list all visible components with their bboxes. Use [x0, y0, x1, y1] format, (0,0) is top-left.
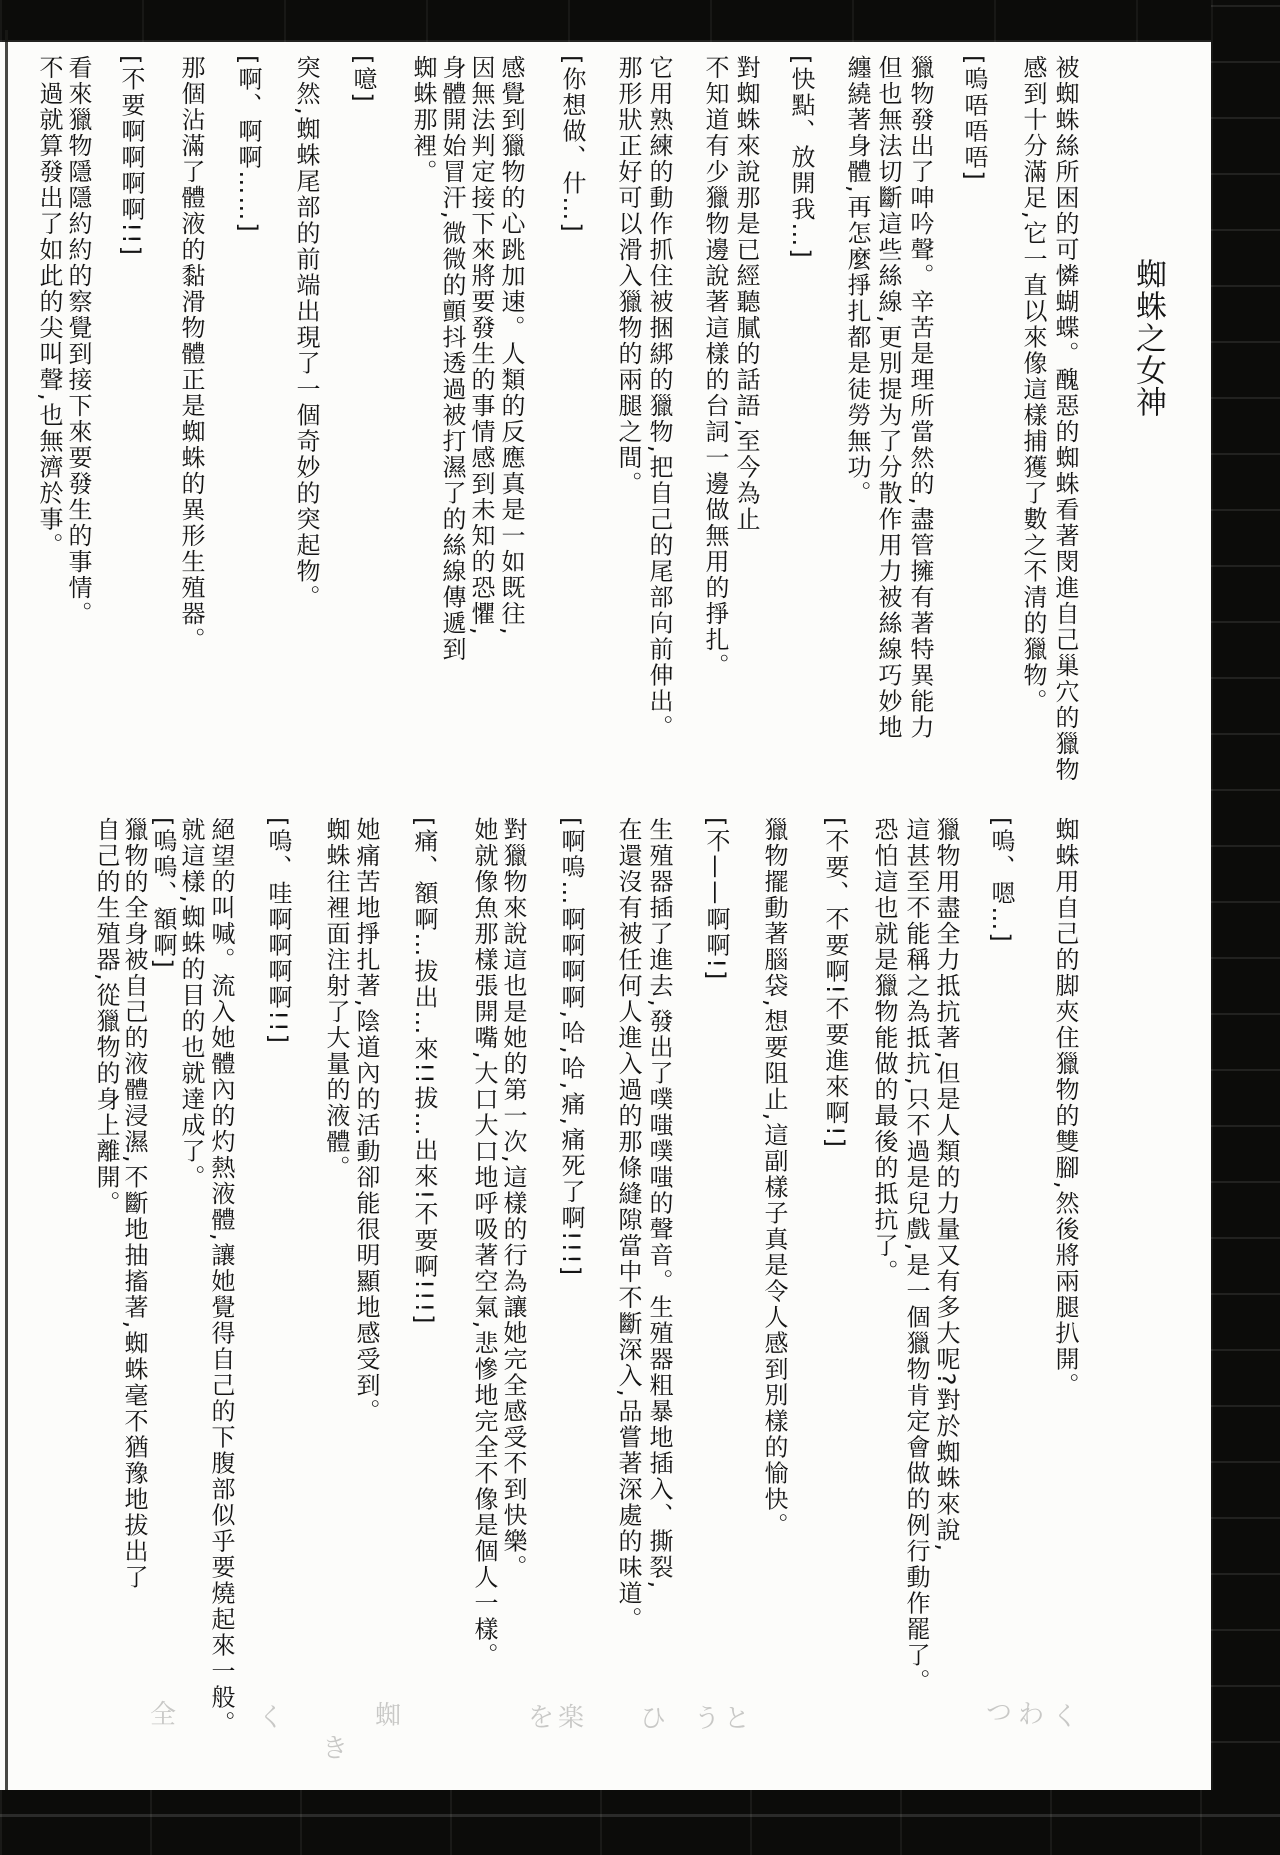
dialogue-column: [不要、不要啊!不要進來啊!]: [820, 817, 850, 1149]
brick-border-right: [1211, 0, 1280, 1855]
dialogue-column: [噫]: [348, 55, 378, 104]
dialogue-column: [啊嗚…啊啊啊啊,哈,哈,痛,痛死了啊!!!]: [556, 817, 586, 1277]
showthrough-fragment: と: [724, 1706, 750, 1732]
narration-column: 看來獵物隱隱約約的察覺到接下來要發生的事情。: [63, 55, 93, 627]
narration-column: 就這樣,蜘蛛的目的也就達成了。: [176, 817, 206, 1191]
dialogue-column: [你想做、什…]: [557, 55, 587, 234]
showthrough-fragment: う: [694, 1706, 720, 1732]
narration-column: 感覺到獵物的心跳加速。人類的反應真是一如既往,: [496, 55, 526, 637]
narration-column: 生殖器插了進去,發出了噗嗤噗嗤的聲音。生殖器粗暴地插入、撕裂,: [644, 817, 674, 1590]
showthrough-fragment: わ: [1018, 1702, 1044, 1728]
scanned-page: 蜘蛛之女神 被蜘蛛絲所困的可憐蝴蝶。醜惡的蜘蛛看著閔進自己巢穴的獵物感到十分滿足…: [0, 0, 1280, 1855]
narration-column: 恐怕這也就是獵物能做的最後的抵抗了。: [869, 817, 899, 1285]
showthrough-fragment: 全: [150, 1702, 176, 1728]
narration-column: 被蜘蛛絲所困的可憐蝴蝶。醜惡的蜘蛛看著閔進自己巢穴的獵物: [1050, 55, 1080, 783]
showthrough-fragment: く: [1052, 1704, 1078, 1730]
narration-column: 那個沾滿了體液的黏滑物體正是蜘蛛的異形生殖器。: [176, 55, 206, 653]
narration-column: 自己的生殖器,從獵物的身上離開。: [91, 817, 121, 1217]
narration-column: 對蜘蛛來說那是已經聽膩的話語,至今為止: [731, 55, 761, 533]
narration-column: 蜘蛛那裡。: [408, 55, 438, 185]
narration-column: 因無法判定接下來將要發生的事情感到未知的恐懼,: [466, 55, 496, 637]
showthrough-fragment: 楽: [558, 1705, 584, 1731]
narration-column: 突然,蜘蛛尾部的前端出現了一個奇妙的突起物。: [291, 55, 321, 611]
dialogue-column: [快點、放開我…]: [786, 55, 816, 260]
brick-border-bottom: [0, 1790, 1280, 1855]
dialogue-column: [嗚嗚、額啊]: [148, 817, 178, 970]
narration-column: 獵物用盡全力抵抗著,但是人類的力量又有多大呢?對於蜘蛛來說,: [931, 817, 961, 1553]
showthrough-fragment: ひ: [640, 1706, 666, 1732]
dialogue-column: [不要啊啊啊啊!!]: [116, 55, 146, 257]
narration-column: 在還沒有被任何人進入過的那條縫隙當中不斷深入,品嘗著深處的味道。: [613, 817, 643, 1633]
dialogue-column: [嗚、哇啊啊啊啊!!]: [263, 817, 293, 1045]
showthrough-fragment: き: [322, 1736, 348, 1762]
dialogue-column: [嗚唔唔唔]: [959, 55, 989, 182]
narration-column: 獵物的全身被自己的液體浸濕,不斷地抽搐著,蜘蛛毫不猶豫地拔出了: [119, 817, 149, 1590]
narration-column: 她痛苦地掙扎著,陰道內的活動卻能很明顯地感受到。: [351, 817, 381, 1425]
narration-column: 它用熟練的動作抓住被捆綁的獵物,把自己的尾部向前伸出。: [644, 55, 674, 741]
narration-column: 她就像魚那樣張開嘴,大口大口地呼吸著空氣,悲慘地完全不像是個人一樣。: [469, 817, 499, 1668]
narration-column: 蜘蛛用自己的脚夾住獵物的雙腳,然後將兩腿扒開。: [1050, 817, 1080, 1399]
narration-column: 對獵物來說這也是她的第一次,這樣的行為讓她完全感受不到快樂。: [498, 817, 528, 1581]
dialogue-column: [啊、啊啊……]: [233, 55, 263, 234]
narration-column: 獵物發出了呻吟聲。辛苦是理所當然的,盡管擁有著特異能力: [905, 55, 935, 741]
narration-column: 蜘蛛往裡面注射了大量的液體。: [321, 817, 351, 1181]
dialogue-column: [嗚、嗯…]: [986, 817, 1016, 944]
narration-column: 身體開始冒汗,微微的顫抖透過被打濕了的絲線傳遞到: [437, 55, 467, 663]
narration-column: 感到十分滿足,它一直以來像這樣捕獲了數之不清的獵物。: [1018, 55, 1048, 715]
narration-column: 但也無法切斷這些絲線,更別提为了分散作用力被絲線巧妙地: [873, 55, 903, 741]
narration-column: 纏繞著身體,再怎麼掙扎都是徒勞無功。: [842, 55, 872, 507]
narration-column: 這甚至不能稱之為抵抗,只不過是兒戲,是一個獵物肯定會做的例行動作罷了。: [901, 817, 931, 1694]
narration-column: 那形狀正好可以滑入獵物的兩腿之間。: [613, 55, 643, 497]
showthrough-fragment: つ: [986, 1700, 1012, 1726]
dialogue-column: [不——啊啊!]: [701, 817, 731, 981]
dialogue-column: [痛、額啊…拔出…來!!拔…出來!不要啊!!!]: [409, 817, 439, 1325]
narration-column: 不過就算發出了如此的尖叫聲,也無濟於事。: [34, 55, 64, 559]
page-edge-shadow: [5, 30, 8, 1790]
story-title: 蜘蛛之女神: [1128, 258, 1168, 418]
brick-border-top: [0, 0, 1280, 42]
showthrough-fragment: を: [528, 1705, 554, 1731]
narration-column: 不知道有少獵物邊說著這樣的台詞一邊做無用的掙扎。: [700, 55, 730, 679]
showthrough-fragment: 蜘: [375, 1703, 401, 1729]
showthrough-fragment: く: [258, 1705, 284, 1731]
narration-column: 絕望的叫喊。流入她體內的灼熱液體,讓她覺得自己的下腹部似乎要燒起來一般。: [206, 817, 236, 1737]
narration-column: 獵物擺動著腦袋,想要阻止,這副樣子真是令人感到別樣的愉快。: [759, 817, 789, 1538]
